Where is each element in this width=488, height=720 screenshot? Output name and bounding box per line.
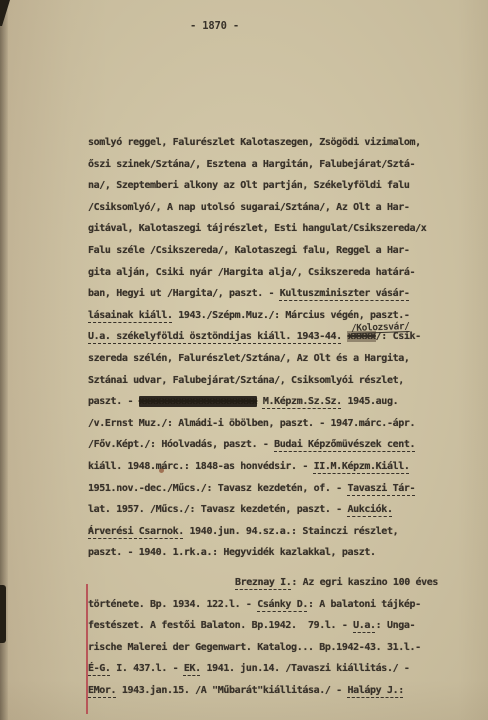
document-page: - 1870 - somlyó reggel, Falurészlet Kalo… [0, 0, 488, 720]
underlined-text: Kultuszminiszter vásár- [280, 288, 410, 299]
text-line: paszt. - xxxxxxxxxxxxxxxxxxxxx M.Képzm.S… [88, 391, 436, 413]
underlined-text: lásainak kiáll. [88, 310, 173, 321]
text-line: gita alján, Csiki nyár /Hargita alja/, C… [88, 262, 436, 284]
underlined-text: U.a. székelyföldi ösztöndijas kiáll. 194… [88, 331, 342, 342]
redacted-text: xxxxxxxxxxxxxxxxxxxxx [139, 396, 257, 407]
text-run: /Csiksomlyó/, A nap utolsó sugarai/Sztán… [88, 202, 410, 213]
scanned-document-screenshot: { "page": { "number_label": "- 1870 -" }… [0, 0, 488, 720]
text-run: paszt. - [88, 396, 139, 407]
text-run: /v.Ernst Muz./: Almádi-i öbölben, paszt.… [88, 418, 415, 429]
scan-edge-blob [0, 585, 6, 643]
text-run: ban, Hegyi ut /Hargita/, paszt. - [88, 288, 280, 299]
text-line: szereda szélén, Falurészlet/Sztána/, Az … [88, 348, 436, 370]
text-line: kiáll. 1948.márc.: 1848-as honvédsir. - … [88, 456, 436, 478]
text-run: somlyó reggel, Falurészlet Kalotaszegen,… [88, 137, 421, 148]
text-run: 1940.jun. 94.sz.a.: Stainczi részlet, [184, 526, 398, 537]
text-line: Falu széle /Csikszereda/, Kalotaszegi fa… [88, 240, 436, 262]
text-line: somlyó reggel, Falurészlet Kalotaszegen,… [88, 132, 436, 154]
text-run: kiáll. 1948.márc.: 1848-as honvédsir. - [88, 461, 314, 472]
text-run: gita alján, Csiki nyár /Hargita alja/, C… [88, 267, 415, 278]
text-run: gitával, Kalotaszegi tájrészlet, Esti ha… [88, 223, 426, 234]
text-run: 1943.jan.15. /A "Műbarát"kiállitása./ - [116, 685, 347, 696]
paragraph-bibliography: Breznay I.: Az egri kaszino 100 évestört… [88, 572, 436, 702]
text-line: gitával, Kalotaszegi tájrészlet, Esti ha… [88, 218, 436, 240]
paragraph-artwork-list: somlyó reggel, Falurészlet Kalotaszegen,… [88, 132, 436, 564]
text-run: Sztánai udvar, Falubejárat/Sztána/, Csik… [88, 375, 404, 386]
text-line: története. Bp. 1934. 122.l. - Csánky D.:… [88, 594, 436, 616]
underlined-text: EMor. [88, 685, 116, 696]
text-line: /v.Ernst Muz./: Almádi-i öbölben, paszt.… [88, 413, 436, 435]
text-run: 1951.nov.-dec./Műcs./: Tavasz kezdetén, … [88, 483, 347, 494]
text-run: rische Malerei der Gegenwart. Katalog...… [88, 642, 421, 653]
underlined-text: Budai Képzőmüvészek cent. [274, 439, 415, 450]
text-line: ban, Hegyi ut /Hargita/, paszt. - Kultus… [88, 283, 436, 305]
underlined-text: M.Képzm.Sz.Sz. [263, 396, 342, 407]
underlined-text: Halápy J.: [347, 685, 403, 696]
page-number: - 1870 - [190, 20, 239, 32]
text-run: na/, Szeptemberi alkony az Olt partján, … [88, 180, 410, 191]
inserted-annotation: /Kolozsvár/ [351, 321, 410, 334]
text-line: lat. 1957. /Műcs./: Tavasz kezdetén, pas… [88, 499, 436, 521]
text-run: szereda szélén, Falurészlet/Sztána/, Az … [88, 353, 410, 364]
text-line: 1951.nov.-dec./Műcs./: Tavasz kezdetén, … [88, 478, 436, 500]
text-line: na/, Szeptemberi alkony az Olt partján, … [88, 175, 436, 197]
underlined-text: II.M.Képzm.Kiáll. [314, 461, 410, 472]
text-run: : A balatoni tájkép- [308, 599, 421, 610]
text-run: Falu széle /Csikszereda/, Kalotaszegi fa… [88, 245, 410, 256]
text-line: /Főv.Képt./: Hóolvadás, paszt. - Budai K… [88, 434, 436, 456]
underlined-text: Aukciók. [347, 504, 392, 515]
text-line: rische Malerei der Gegenwart. Katalog...… [88, 637, 436, 659]
underlined-text: U.a. [353, 620, 376, 631]
text-run: története. Bp. 1934. 122.l. - [88, 599, 257, 610]
text-line: festészet. A festői Balaton. Bp.1942. 79… [88, 615, 436, 637]
text-line: É-G. I. 437.l. - EK. 1941. jun.14. /Tava… [88, 658, 436, 680]
underlined-text: É-G. [88, 663, 111, 674]
text-run: paszt. - 1940. 1.rk.a.: Hegyvidék kazlak… [88, 547, 376, 558]
text-run: : Az egri kaszino 100 éves [291, 577, 438, 588]
text-run: 1945.aug. [342, 396, 398, 407]
underlined-text: EK. [184, 663, 201, 674]
text-run: 1941. jun.14. /Tavaszi kiállitás./ - [201, 663, 410, 674]
underlined-text: Csánky D. [257, 599, 308, 610]
underlined-text: Tavaszi Tár- [347, 483, 415, 494]
text-run: /Főv.Képt./: Hóolvadás, paszt. - [88, 439, 274, 450]
text-run: I. 437.l. - [111, 663, 184, 674]
text-line: őszi szinek/Sztána/, Esztena a Hargitán,… [88, 154, 436, 176]
text-line: Sztánai udvar, Falubejárat/Sztána/, Csik… [88, 370, 436, 392]
text-line: Árverési Csarnok. 1940.jun. 94.sz.a.: St… [88, 521, 436, 543]
underlined-text: Árverési Csarnok. [88, 526, 184, 537]
text-line: Breznay I.: Az egri kaszino 100 éves [88, 572, 436, 594]
text-run: 1943./Szépm.Muz./: Március végén, paszt.… [173, 310, 410, 321]
text-run: lat. 1957. /Műcs./: Tavasz kezdetén, pas… [88, 504, 347, 515]
text-line: EMor. 1943.jan.15. /A "Műbarát"kiállitás… [88, 680, 436, 702]
underlined-text: Breznay I. [235, 577, 291, 588]
text-line: paszt. - 1940. 1.rk.a.: Hegyvidék kazlak… [88, 542, 436, 564]
text-run: : Unga- [376, 620, 415, 631]
text-run: /: Csik- [376, 331, 421, 342]
text-run: őszi szinek/Sztána/, Esztena a Hargitán,… [88, 159, 415, 170]
text-line: /Csiksomlyó/, A nap utolsó sugarai/Sztán… [88, 197, 436, 219]
text-run: festészet. A festői Balaton. Bp.1942. 79… [88, 620, 353, 631]
